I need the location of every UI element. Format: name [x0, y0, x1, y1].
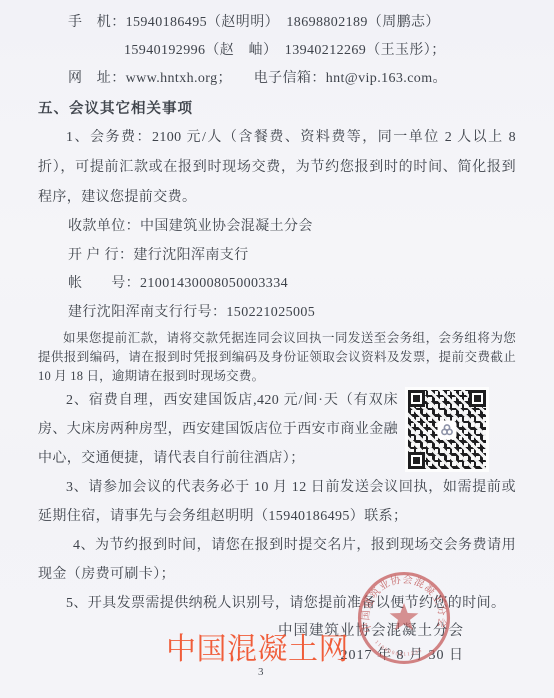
document-content: 手 机：15940186495（赵明明） 18698802189（周鹏志） 15…	[0, 0, 554, 698]
qr-finder-bottom-left	[408, 452, 425, 469]
contact-mobile-line-2: 15940192996（赵 岫） 13940212269（王玉彤）；	[38, 37, 516, 65]
seal-star-icon	[390, 603, 419, 630]
page-number: 3	[258, 666, 264, 678]
qr-code	[405, 387, 489, 472]
remittance-note: 如果您提前汇款，请将交款凭据连同会议回执一同发送至会务组，会务组将为您提供报到编…	[38, 329, 516, 386]
watermark-text: 中国混凝土网	[166, 633, 349, 667]
contact-mobile-line-1: 手 机：15940186495（赵明明） 18698802189（周鹏志）	[38, 9, 516, 37]
official-seal-stamp: 中国建筑业协会混凝土分会 1100000211235	[352, 563, 456, 673]
bank-code-line: 建行沈阳浑南支行行号：150221025005	[38, 299, 516, 328]
bank-name-line: 开 户 行：建行沈阳浑南支行	[38, 242, 516, 271]
qr-finder-top-right	[469, 390, 486, 407]
qr-finder-top-left	[408, 390, 425, 407]
payee-line: 收款单位：中国建筑业协会混凝土分会	[38, 213, 516, 242]
scanned-document-page: 手 机：15940186495（赵明明） 18698802189（周鹏志） 15…	[0, 0, 554, 698]
qr-center-triple-ring-logo-icon	[438, 420, 457, 439]
section-heading: 五、会议其它相关事项	[38, 95, 516, 123]
contact-website-email-line: 网 址：www.hntxh.org； 电子信箱：hnt@vip.163.com。	[38, 65, 516, 93]
item-1-conference-fee: 1、会务费：2100 元/人（含餐费、资料费等，同一单位 2 人以上 8 折），…	[38, 123, 516, 213]
account-number-line: 帐 号：21001430008050003334	[38, 270, 516, 299]
item-3-reply-slip: 3、请参加会议的代表务必于 10 月 12 日前发送会议回执，如需提前或延期住宿…	[38, 473, 516, 531]
